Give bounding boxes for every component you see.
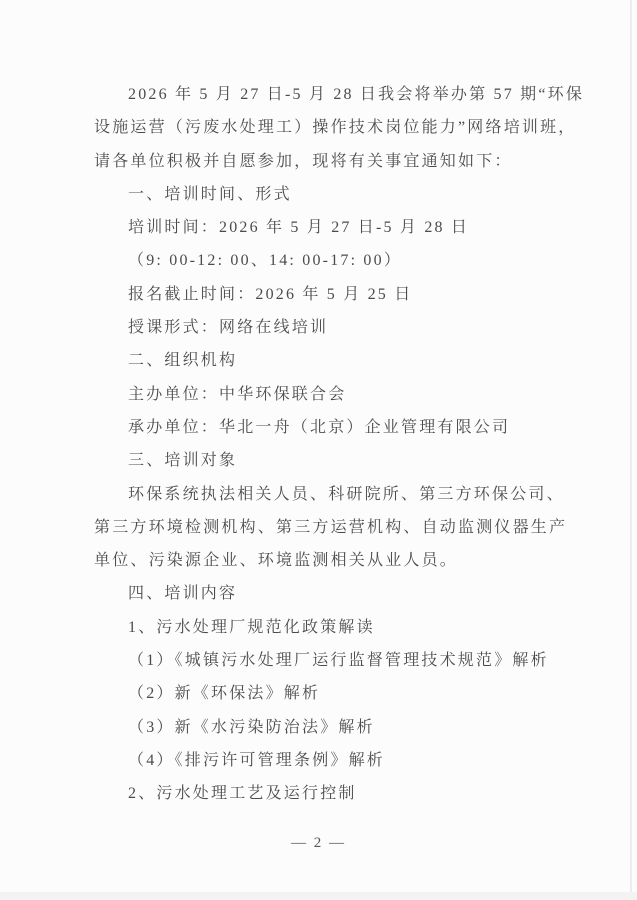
line-content-item-1-2: （2）新《环保法》解析 — [94, 677, 594, 710]
line-registration-deadline: 报名截止时间：2026 年 5 月 25 日 — [94, 278, 594, 311]
intro-line-1: 2026 年 5 月 27 日-5 月 28 日我会将举办第 57 期“环保 — [94, 78, 594, 111]
line-organizer-unit: 承办单位：华北一舟（北京）企业管理有限公司 — [94, 411, 594, 444]
line-content-item-2: 2、污水处理工艺及运行控制 — [94, 777, 594, 810]
line-trainees-1: 环保系统执法相关人员、科研院所、第三方环保公司、 — [94, 478, 594, 511]
document-body: 2026 年 5 月 27 日-5 月 28 日我会将举办第 57 期“环保 设… — [94, 78, 594, 811]
scan-edge-bottom — [0, 892, 637, 900]
line-content-item-1: 1、污水处理厂规范化政策解读 — [94, 611, 594, 644]
intro-line-2: 设施运营（污废水处理工）操作技术岗位能力”网络培训班， — [94, 111, 594, 144]
line-content-item-1-4: （4）《排污许可管理条例》解析 — [94, 744, 594, 777]
heading-section-3: 三、培训对象 — [94, 444, 594, 477]
heading-section-1: 一、培训时间、形式 — [94, 178, 594, 211]
page-number: — 2 — — [0, 833, 637, 853]
document-page: 2026 年 5 月 27 日-5 月 28 日我会将举办第 57 期“环保 设… — [0, 0, 637, 900]
line-trainees-2: 第三方环境检测机构、第三方运营机构、自动监测仪器生产 — [94, 511, 594, 544]
line-teaching-format: 授课形式：网络在线培训 — [94, 311, 594, 344]
line-content-item-1-3: （3）新《水污染防治法》解析 — [94, 711, 594, 744]
line-training-hours: （9: 00-12: 00、14: 00-17: 00） — [94, 244, 594, 277]
heading-section-2: 二、组织机构 — [94, 344, 594, 377]
line-trainees-3: 单位、污染源企业、环境监测相关从业人员。 — [94, 544, 594, 577]
heading-section-4: 四、培训内容 — [94, 577, 594, 610]
line-host-unit: 主办单位：中华环保联合会 — [94, 378, 594, 411]
scan-edge-right — [630, 0, 632, 900]
line-content-item-1-1: （1）《城镇污水处理厂运行监督管理技术规范》解析 — [94, 644, 594, 677]
intro-line-3: 请各单位积极并自愿参加，现将有关事宜通知如下： — [94, 145, 594, 178]
line-training-time: 培训时间：2026 年 5 月 27 日-5 月 28 日 — [94, 211, 594, 244]
